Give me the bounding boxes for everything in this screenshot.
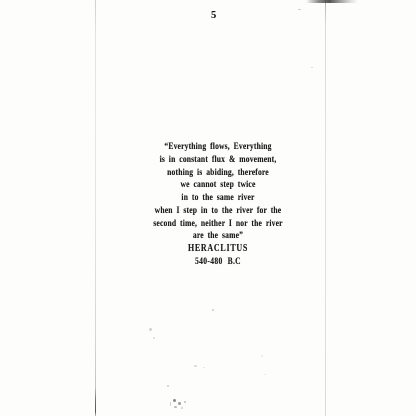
quote-attribution: HERACLITUS — [114, 243, 322, 256]
scan-speck — [212, 309, 214, 311]
quote-line: second time, neither I nor the river — [114, 218, 322, 231]
scan-speck — [261, 355, 263, 357]
scan-smudge-top-edge — [306, 0, 358, 3]
scan-speck — [194, 365, 197, 367]
quote-line: are the same” — [114, 230, 322, 243]
pencil-mark — [178, 402, 181, 405]
quote-line: when I step in to the river for the — [114, 205, 322, 218]
quote-line: in to the same river — [114, 192, 322, 205]
scan-speck — [153, 337, 155, 339]
pencil-mark — [170, 402, 171, 406]
attribution-dates: 540-480 B.C — [114, 256, 322, 269]
pencil-mark — [184, 401, 186, 403]
page-number: 5 — [211, 10, 216, 21]
right-page-edge-rule — [325, 0, 326, 416]
pencil-mark — [174, 406, 177, 408]
scan-speck — [311, 67, 313, 68]
scan-speck — [167, 385, 169, 387]
epigraph-quote: “Everything flows, Everything is in cons… — [114, 141, 322, 269]
scan-speck — [149, 328, 152, 331]
quote-line: we cannot step twice — [114, 179, 322, 192]
scanned-book-page: 5 “Everything flows, Everything is in co… — [0, 0, 416, 416]
left-page-edge-rule — [95, 0, 96, 416]
scan-speck — [203, 367, 205, 368]
quote-line: nothing is abiding, therefore — [114, 167, 322, 180]
scan-speck — [298, 9, 301, 10]
scan-speck — [264, 374, 266, 375]
quote-line: “Everything flows, Everything — [114, 141, 322, 154]
pencil-mark — [181, 407, 183, 409]
pencil-mark — [173, 399, 176, 402]
quote-line: is in constant flux & movement, — [114, 154, 322, 167]
